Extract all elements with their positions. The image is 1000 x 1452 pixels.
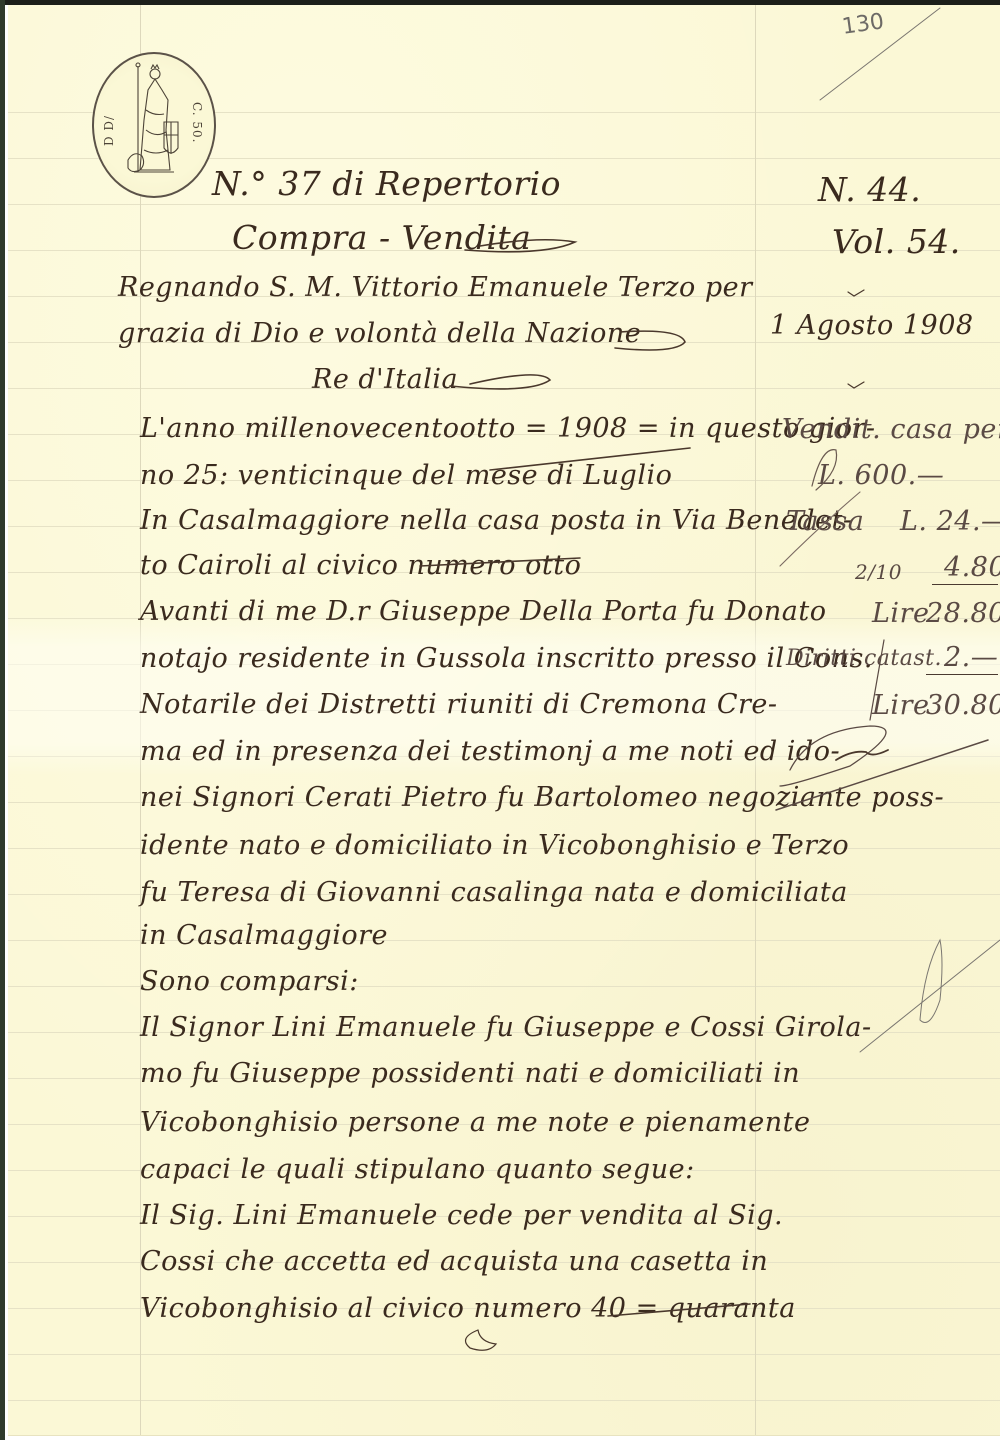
fee-label: Lire xyxy=(872,690,929,721)
registration-number: N. 44. xyxy=(818,170,921,209)
body-line: to Cairoli al civico numero otto xyxy=(140,550,581,581)
body-line: fu Teresa di Giovanni casalinga nata e d… xyxy=(140,877,848,908)
body-line: L'anno millenovecentootto = 1908 = in qu… xyxy=(140,413,876,444)
fee-amount: 28.80 xyxy=(926,598,1000,629)
stamp-left-text: D D/ xyxy=(102,115,116,146)
body-line: Re d'Italia xyxy=(312,364,458,395)
body-line: mo fu Giuseppe possidenti nati e domicil… xyxy=(140,1058,800,1089)
body-line: in Casalmaggiore xyxy=(140,920,388,951)
sale-price: L. 600.— xyxy=(818,460,944,491)
body-line: Il Sig. Lini Emanuele cede per vendita a… xyxy=(140,1200,783,1231)
fee-amount: 2.— xyxy=(944,642,998,673)
fee-amount: L. 24.— xyxy=(900,506,1000,537)
stamp-value-text: C. 50. xyxy=(190,102,204,143)
body-line: no 25: venticinque del mese di Luglio xyxy=(140,460,672,491)
revenue-stamp: D D/ C. 50. xyxy=(92,52,216,198)
body-line: nei Signori Cerati Pietro fu Bartolomeo … xyxy=(140,782,944,813)
body-line: Notarile dei Distretti riuniti di Cremon… xyxy=(140,689,778,720)
body-line: Cossi che accetta ed acquista una casett… xyxy=(140,1246,768,1277)
body-line: Regnando S. M. Vittorio Emanuele Terzo p… xyxy=(118,272,753,303)
fee-total: 30.80 xyxy=(926,690,1000,721)
deed-title: Compra - Vendita xyxy=(232,218,531,257)
body-line: ma ed in presenza dei testimonj a me not… xyxy=(140,736,840,767)
sum-rule xyxy=(926,674,998,675)
fee-label: Diritti catast. xyxy=(786,646,942,671)
sum-rule xyxy=(932,584,998,585)
registration-date: 1 Agosto 1908 xyxy=(770,310,974,341)
body-line: grazia di Dio e volontà della Nazione xyxy=(118,318,641,349)
body-line: idente nato e domiciliato in Vicobonghis… xyxy=(140,830,849,861)
body-line: notajo residente in Gussola inscritto pr… xyxy=(140,643,873,674)
body-line: Avanti di me D.r Giuseppe Della Porta fu… xyxy=(140,596,827,627)
italia-figure-icon xyxy=(124,60,186,186)
fee-label: 2/10 xyxy=(855,560,902,584)
body-line: capaci le quali stipulano quanto segue: xyxy=(140,1154,695,1185)
fee-label: Lire xyxy=(872,598,929,629)
scan-edge-left xyxy=(0,0,5,1440)
body-line: Vicobonghisio al civico numero 40 = quar… xyxy=(140,1293,796,1324)
body-line: In Casalmaggiore nella casa posta in Via… xyxy=(140,505,852,536)
body-line: Vicobonghisio persone a me note e pienam… xyxy=(140,1107,810,1138)
volume-number: Vol. 54. xyxy=(832,222,961,261)
fee-amount: 4.80 xyxy=(944,552,1000,583)
body-line: Il Signor Lini Emanuele fu Giuseppe e Co… xyxy=(140,1012,872,1043)
sale-note: Vendit. casa per xyxy=(782,414,1000,445)
repertorio-number: N.° 37 di Repertorio xyxy=(212,164,561,203)
scan-edge-top xyxy=(0,0,1000,5)
fee-label: Tassa xyxy=(786,506,864,537)
body-line: Sono comparsi: xyxy=(140,966,359,997)
